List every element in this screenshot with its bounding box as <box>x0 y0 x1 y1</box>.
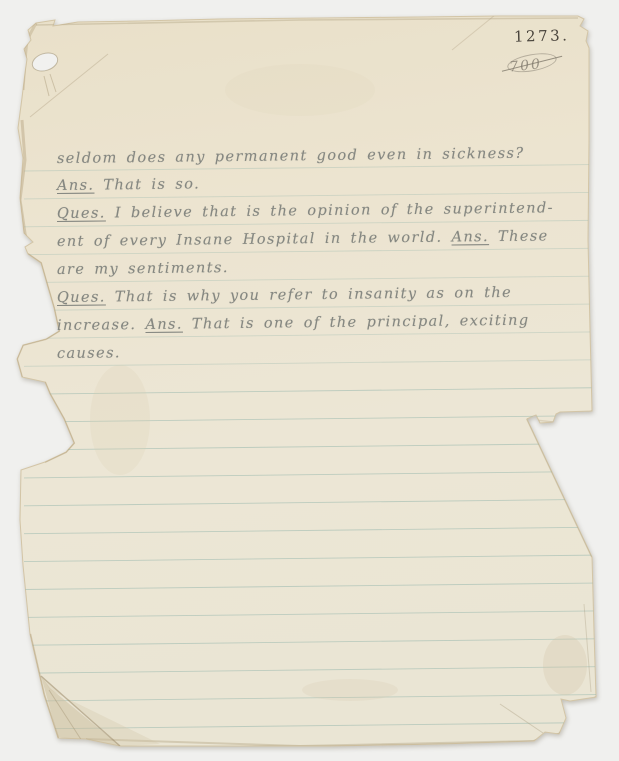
scanned-document-page: seldom does any permanent good even in s… <box>0 0 619 761</box>
page-number: 1273. <box>514 26 570 45</box>
paper-canvas <box>0 0 619 761</box>
